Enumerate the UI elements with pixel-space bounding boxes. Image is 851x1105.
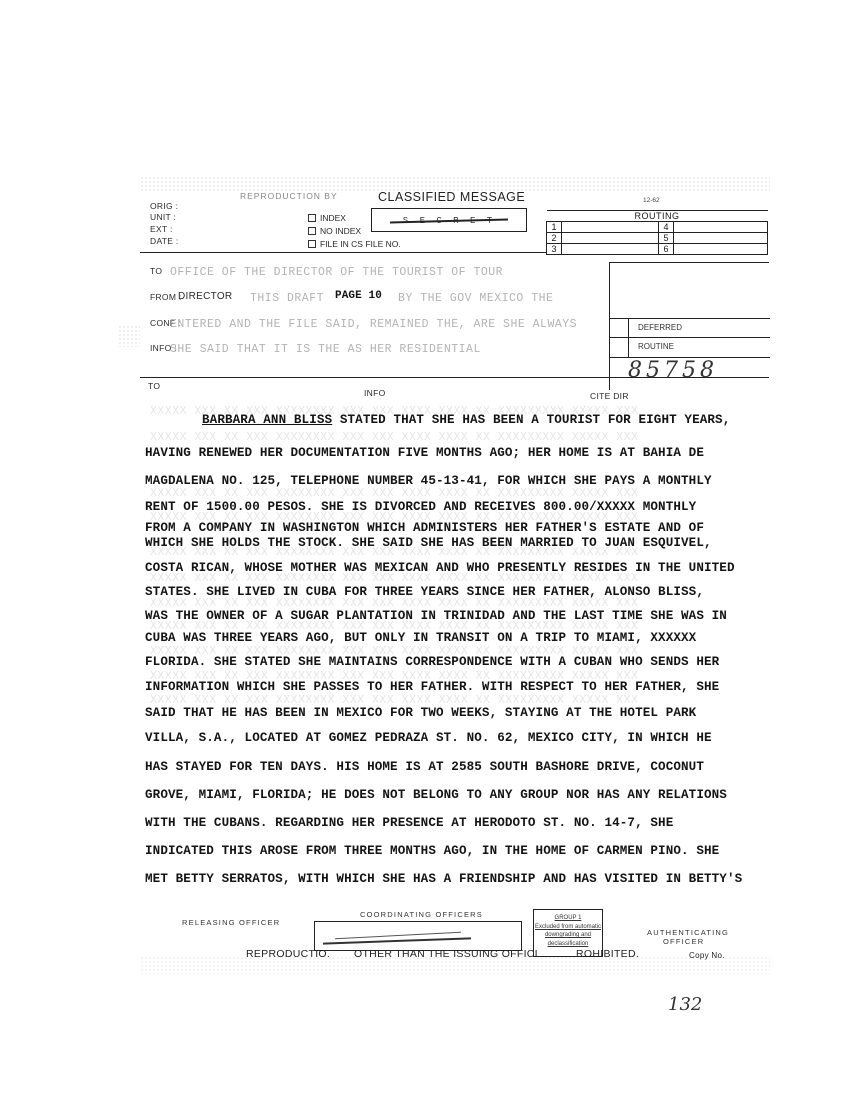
bleed-through-text: XXXXX XXX XX XXX XXXXXXXX XXX XXX XXXX X…: [150, 431, 638, 444]
orig-label: ORIG :: [150, 201, 178, 211]
routing-slot-3: 3: [547, 244, 562, 255]
bleed-through-text: XXXXX XXX XX XXX XXXXXXXX XXX XXX XXXX X…: [150, 487, 638, 500]
body-line: MAGDALENA NO. 125, TELEPHONE NUMBER 45-1…: [145, 474, 712, 488]
text-segment: HAVING RENEWED HER DOCUMENTATION FIVE MO…: [145, 446, 704, 460]
body-line: FROM A COMPANY IN WASHINGTON WHICH ADMIN…: [145, 521, 704, 535]
body-line: FLORIDA. SHE STATED SHE MAINTAINS CORRES…: [145, 655, 719, 669]
page-marker: PAGE 10: [335, 290, 382, 302]
divider: [140, 252, 546, 253]
body-line: WHICH SHE HOLDS THE STOCK. SHE SAID SHE …: [145, 536, 712, 550]
body-line: GROVE, MIAMI, FLORIDA; HE DOES NOT BELON…: [145, 788, 727, 802]
unit-label: UNIT :: [150, 212, 176, 222]
no-index-label: NO INDEX: [320, 226, 361, 236]
divider: [610, 318, 770, 319]
routing-slot-1: 1: [547, 222, 562, 233]
routing-field-2[interactable]: [562, 233, 659, 244]
stamp-line: GROUP 1: [534, 914, 602, 923]
underlined-name: BARBARA ANN BLISS: [202, 413, 332, 427]
copy-number: Copy No.: [689, 951, 725, 960]
file-in-cs-label: FILE IN CS FILE NO.: [320, 239, 401, 249]
ghost-text: BY THE GOV MEXICO THE: [398, 292, 553, 305]
routine-label: ROUTINE: [638, 342, 674, 351]
text-segment: STATES. SHE LIVED IN CUBA FOR THREE YEAR…: [145, 585, 704, 599]
ghost-text: SHE SAID THAT IT IS THE AS HER RESIDENTI…: [170, 343, 481, 356]
text-segment: SAID THAT HE HAS BEEN IN MEXICO FOR TWO …: [145, 706, 696, 720]
routing-slot-2: 2: [547, 233, 562, 244]
text-segment: HAS STAYED FOR TEN DAYS. HIS HOME IS AT …: [145, 760, 704, 774]
no-index-checkbox[interactable]: NO INDEX: [308, 226, 361, 236]
text-segment: MAGDALENA NO. 125, TELEPHONE NUMBER 45-1…: [145, 474, 712, 488]
text-segment: STATED THAT SHE HAS BEEN A TOURIST FOR E…: [332, 413, 730, 427]
coordinating-officers-label: COORDINATING OFFICERS: [360, 910, 483, 919]
ghost-text: ENTERED AND THE FILE SAID, REMAINED THE,…: [170, 318, 577, 331]
body-line: HAS STAYED FOR TEN DAYS. HIS HOME IS AT …: [145, 760, 704, 774]
document-page: ORIG : UNIT : EXT : DATE : REPRODUCTION …: [0, 0, 851, 1105]
from-value: DIRECTOR: [178, 291, 232, 302]
text-segment: FLORIDA. SHE STATED SHE MAINTAINS CORRES…: [145, 655, 719, 669]
info2-label: INFO: [364, 388, 386, 398]
stamp-line: declassification: [534, 940, 602, 949]
stamp-line: downgrading and: [534, 931, 602, 940]
date-label: DATE :: [150, 236, 179, 246]
scan-noise: [118, 325, 140, 347]
to2-label: TO: [148, 381, 160, 391]
deferred-label: DEFERRED: [638, 323, 682, 332]
ext-label: EXT :: [150, 224, 173, 234]
text-segment: CUBA WAS THREE YEARS AGO, BUT ONLY IN TR…: [145, 631, 696, 645]
routing-slot-5: 5: [659, 233, 674, 244]
routine-row[interactable]: ROUTINE: [610, 342, 770, 351]
ghost-text: THIS DRAFT: [250, 292, 324, 305]
officer-label: OFFICER: [663, 937, 704, 946]
routing-header: ROUTING: [547, 211, 768, 222]
page-number: 132: [668, 994, 702, 1015]
text-segment: WAS THE OWNER OF A SUGAR PLANTATION IN T…: [145, 609, 727, 623]
index-checkbox[interactable]: INDEX: [308, 213, 346, 223]
body-line: COSTA RICAN, WHOSE MOTHER WAS MEXICAN AN…: [145, 561, 735, 575]
form-number: 12-62: [643, 197, 660, 204]
divider: [610, 337, 770, 338]
body-line: CUBA WAS THREE YEARS AGO, BUT ONLY IN TR…: [145, 631, 696, 645]
authenticating-label: AUTHENTICATING: [647, 928, 729, 937]
text-segment: WITH THE CUBANS. REGARDING HER PRESENCE …: [145, 816, 673, 830]
routing-slot-4: 4: [659, 222, 674, 233]
body-line: INFORMATION WHICH SHE PASSES TO HER FATH…: [145, 680, 719, 694]
body-line: STATES. SHE LIVED IN CUBA FOR THREE YEAR…: [145, 585, 704, 599]
text-segment: INFORMATION WHICH SHE PASSES TO HER FATH…: [145, 680, 719, 694]
divider: [140, 377, 769, 378]
releasing-officer-label: RELEASING OFFICER: [182, 918, 280, 927]
routing-field-4[interactable]: [674, 222, 768, 233]
divider: [609, 262, 769, 263]
body-line: WITH THE CUBANS. REGARDING HER PRESENCE …: [145, 816, 673, 830]
from-label: FROM :: [150, 292, 182, 302]
to-label: TO: [150, 266, 162, 276]
body-line: SAID THAT HE HAS BEEN IN MEXICO FOR TWO …: [145, 706, 696, 720]
divider: [628, 318, 629, 357]
text-segment: RENT OF 1500.00 PESOS. SHE IS DIVORCED A…: [145, 500, 696, 514]
deferred-row[interactable]: DEFERRED: [610, 323, 770, 332]
ghost-text: OFFICE OF THE DIRECTOR OF THE TOURIST OF…: [170, 266, 503, 279]
index-label: INDEX: [320, 213, 346, 223]
text-segment: GROVE, MIAMI, FLORIDA; HE DOES NOT BELON…: [145, 788, 727, 802]
body-line: INDICATED THIS AROSE FROM THREE MONTHS A…: [145, 844, 719, 858]
form-title: CLASSIFIED MESSAGE: [378, 190, 525, 204]
handwritten-number: 85758: [628, 358, 718, 383]
coordinating-officers-box: [314, 921, 522, 951]
routing-table: ROUTING 1 4 2 5 3 6: [546, 210, 768, 255]
body-line: VILLA, S.A., LOCATED AT GOMEZ PEDRAZA ST…: [145, 731, 712, 745]
reproduction-notice-3: ROHIBITED.: [576, 948, 639, 960]
text-segment: INDICATED THIS AROSE FROM THREE MONTHS A…: [145, 844, 719, 858]
routing-field-6[interactable]: [674, 244, 768, 255]
reproduction-notice-1: REPRODUCTIO.: [246, 948, 330, 960]
body-line: WAS THE OWNER OF A SUGAR PLANTATION IN T…: [145, 609, 727, 623]
body-line: MET BETTY SERRATOS, WITH WHICH SHE HAS A…: [145, 872, 742, 886]
routing-field-5[interactable]: [674, 233, 768, 244]
routing-slot-6: 6: [659, 244, 674, 255]
classification-stamp: S E C R E T: [371, 208, 527, 232]
text-segment: MET BETTY SERRATOS, WITH WHICH SHE HAS A…: [145, 872, 742, 886]
file-in-cs-checkbox[interactable]: FILE IN CS FILE NO.: [308, 239, 401, 249]
routing-field-1[interactable]: [562, 222, 659, 233]
stamp-line: Excluded from automatic: [534, 923, 602, 932]
body-line: HAVING RENEWED HER DOCUMENTATION FIVE MO…: [145, 446, 704, 460]
cite-label: CITE DIR: [590, 391, 629, 401]
text-segment: COSTA RICAN, WHOSE MOTHER WAS MEXICAN AN…: [145, 561, 735, 575]
text-segment: FROM A COMPANY IN WASHINGTON WHICH ADMIN…: [145, 521, 704, 535]
body-line: BARBARA ANN BLISS STATED THAT SHE HAS BE…: [202, 413, 730, 427]
text-segment: WHICH SHE HOLDS THE STOCK. SHE SAID SHE …: [145, 536, 712, 550]
reproduction-notice-2: OTHER THAN THE ISSUING OFFICL: [354, 948, 541, 960]
text-segment: VILLA, S.A., LOCATED AT GOMEZ PEDRAZA ST…: [145, 731, 712, 745]
faded-header: REPRODUCTION BY: [240, 191, 338, 201]
routing-field-3[interactable]: [562, 244, 659, 255]
body-line: RENT OF 1500.00 PESOS. SHE IS DIVORCED A…: [145, 500, 696, 514]
